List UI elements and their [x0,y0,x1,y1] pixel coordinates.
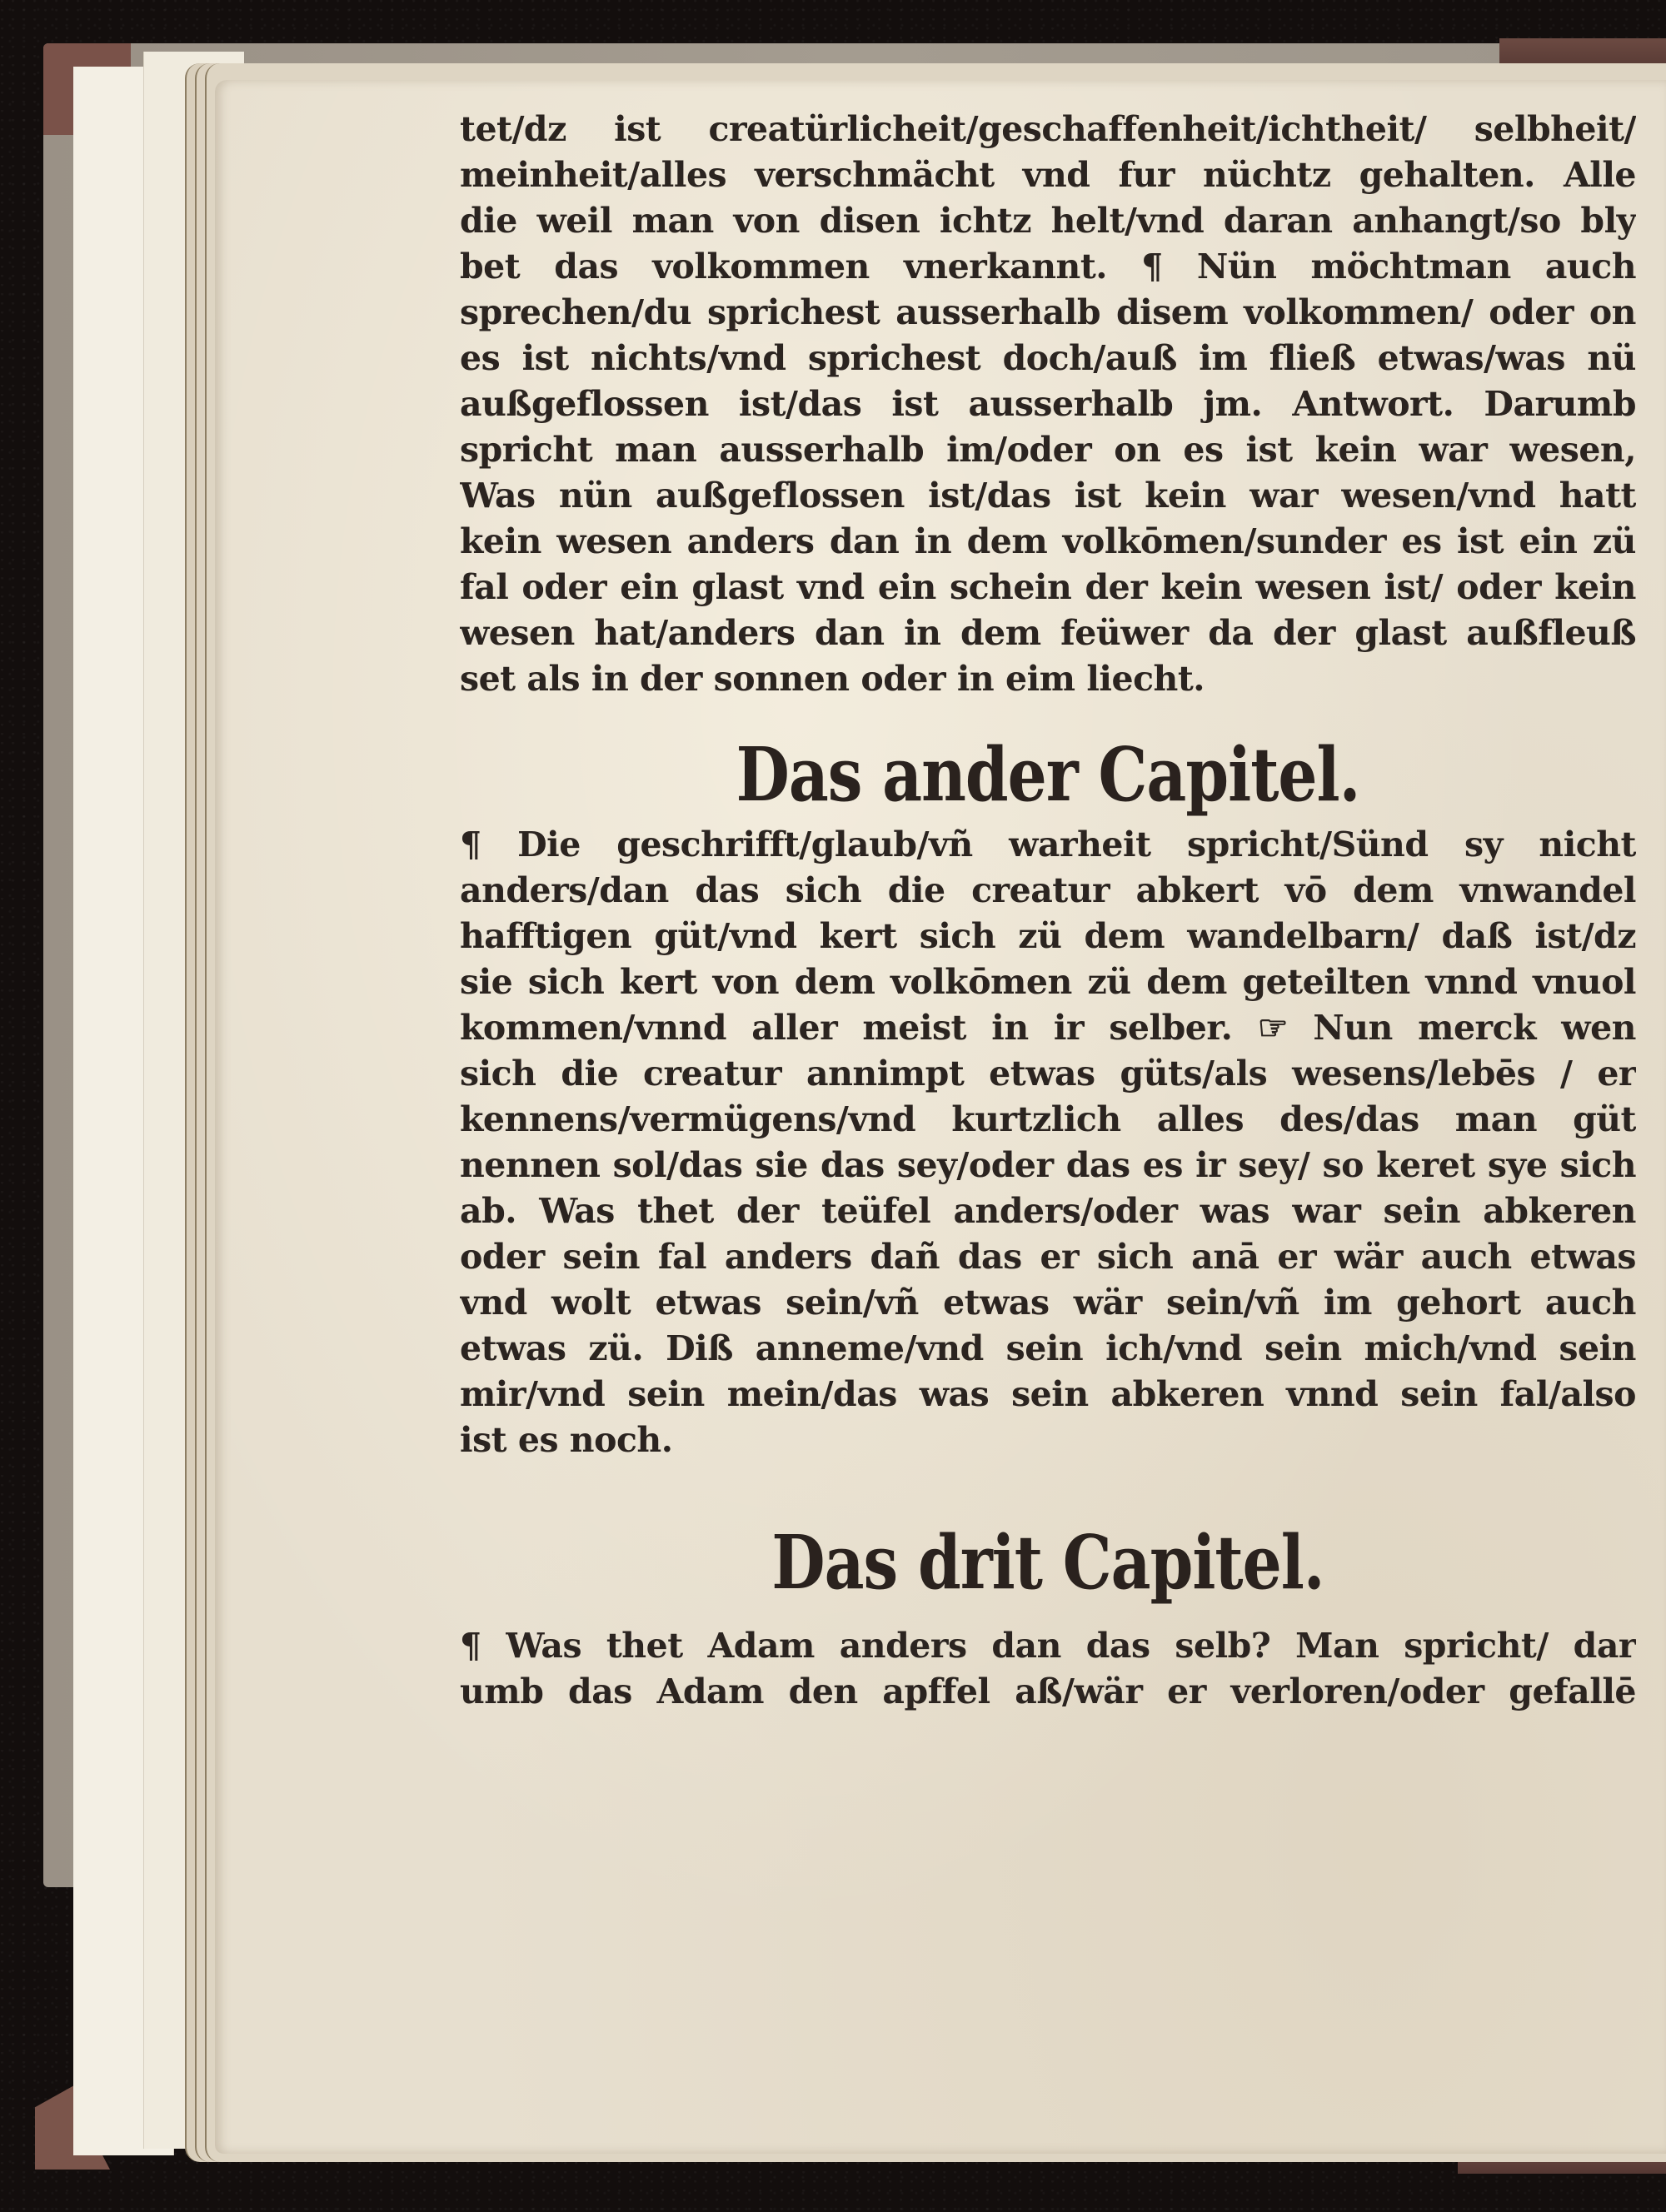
chapter-3-heading: Das drit Capitel. [460,1513,1636,1613]
chapter-2-heading: Das ander Capitel. [460,725,1636,825]
text-line: es ist nichts/vnd sprichest doch/auß im … [460,336,1636,381]
text-line: außgeflossen ist/das ist ausserhalb jm. … [460,381,1636,427]
text-line: wesen hat/anders dan in dem feüwer da de… [460,610,1636,656]
text-line: die weil man von disen ichtz helt/vnd da… [460,198,1636,244]
text-line: kein wesen anders dan in dem volkōmen/su… [460,519,1636,565]
text-line: etwas zü. Diß anneme/vnd sein ich/vnd se… [460,1326,1636,1372]
section-1: tet/dz ist creatürlicheit/geschaffenheit… [460,107,1636,702]
text-line: ¶ Die geschrifft/glaub/vñ warheit sprich… [460,822,1636,868]
text-line: Was nün außgeflossen ist/das ist kein wa… [460,473,1636,519]
chapter-3-body: ¶ Was thet Adam anders dan das selb? Man… [460,1623,1636,1715]
text-line: hafftigen güt/vnd kert sich zü dem wande… [460,914,1636,959]
text-line: meinheit/alles verschmächt vnd fur nücht… [460,152,1636,198]
text-line: bet das volkommen vnerkannt. ¶ Nün möcht… [460,244,1636,290]
text-line: vnd wolt etwas sein/vñ etwas wär sein/vñ… [460,1280,1636,1326]
text-line: set als in der sonnen oder in eim liecht… [460,656,1636,702]
text-line: mir/vnd sein mein/das was sein abkeren v… [460,1372,1636,1417]
chapter-2-body: ¶ Die geschrifft/glaub/vñ warheit sprich… [460,822,1636,1463]
text-line: oder sein fal anders dañ das er sich anā… [460,1234,1636,1280]
text-line: kennens/vermügens/vnd kurtzlich alles de… [460,1097,1636,1143]
text-block: tet/dz ist creatürlicheit/geschaffenheit… [460,107,1636,1715]
text-line: sich die creatur annimpt etwas güts/als … [460,1051,1636,1097]
text-line: umb das Adam den apffel aß/wär er verlor… [460,1669,1636,1715]
text-line: anders/dan das sich die creatur abkert v… [460,868,1636,914]
text-line: fal oder ein glast vnd ein schein der ke… [460,565,1636,610]
text-line: kommen/vnnd aller meist in ir selber. ☞ … [460,1005,1636,1051]
text-line: ¶ Was thet Adam anders dan das selb? Man… [460,1623,1636,1669]
leather-spine-top [1499,38,1666,65]
text-line: spricht man ausserhalb im/oder on es ist… [460,427,1636,473]
text-line: nennen sol/das sie das sey/oder das es i… [460,1143,1636,1188]
text-line: sprechen/du sprichest ausserhalb disem v… [460,290,1636,336]
text-line: ab. Was thet der teüfel anders/oder was … [460,1188,1636,1234]
text-line: ist es noch. [460,1417,1636,1463]
text-line: sie sich kert von dem volkōmen zü dem ge… [460,959,1636,1005]
text-line: tet/dz ist creatürlicheit/geschaffenheit… [460,107,1636,152]
